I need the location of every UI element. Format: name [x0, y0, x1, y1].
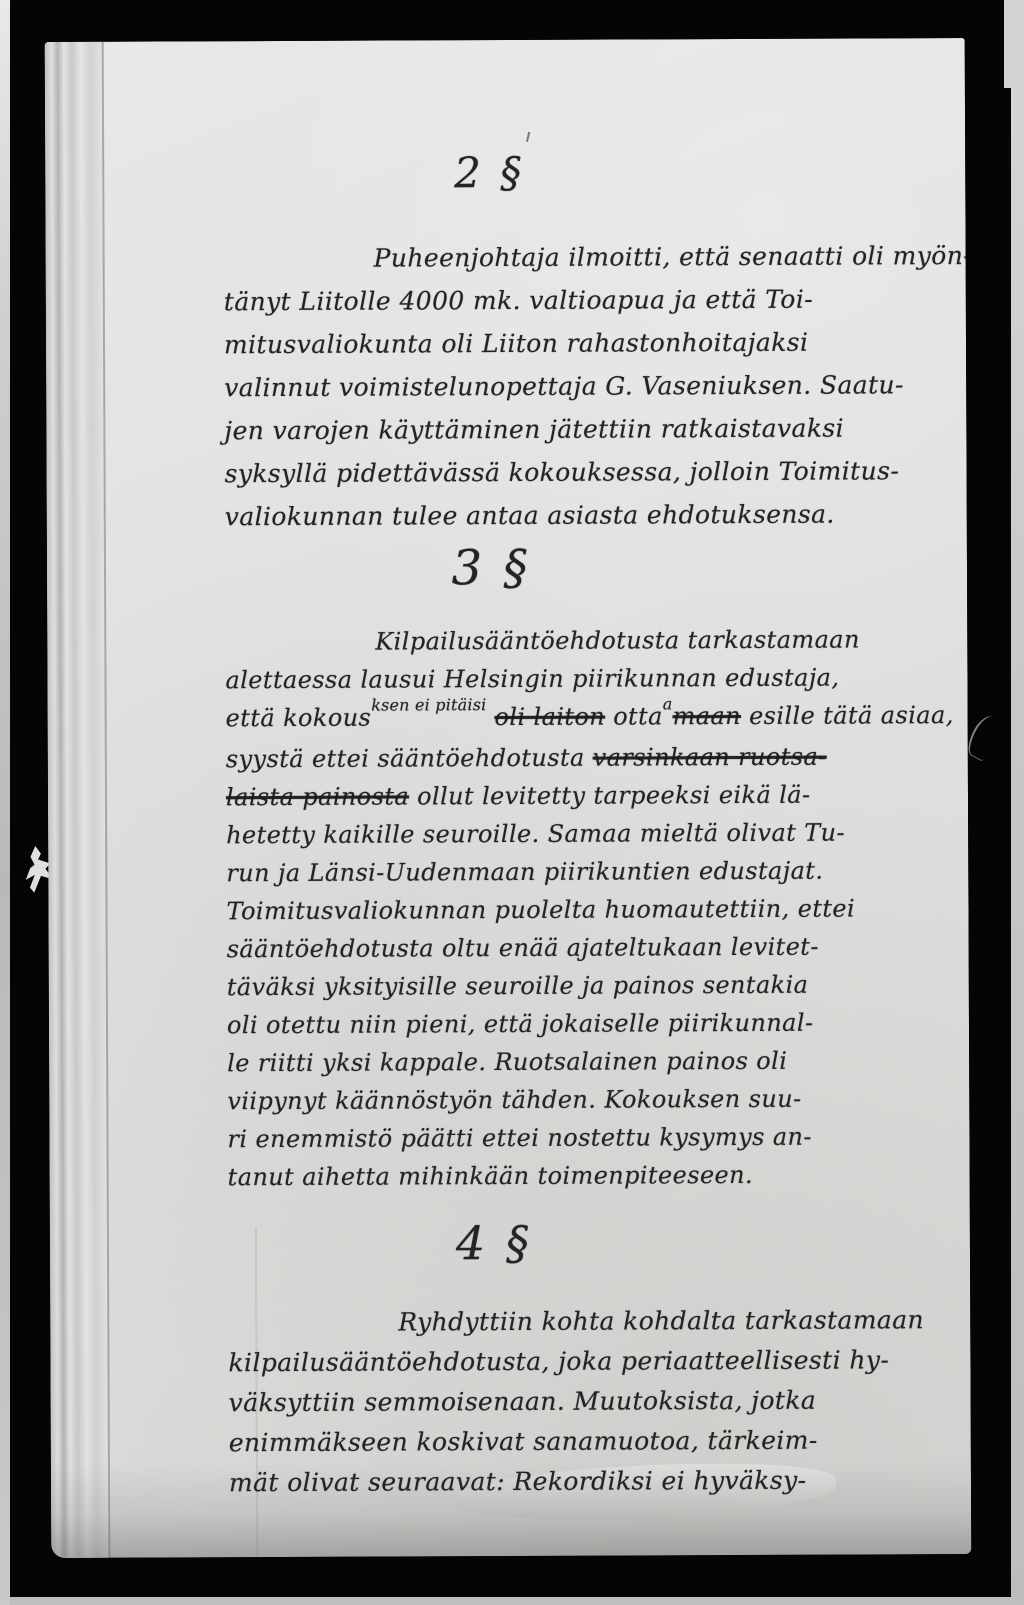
- manuscript-line: hetetty kaikille seuroille. Samaa mieltä…: [226, 813, 942, 854]
- interlinear-insertion: ksen ei pitäisi: [371, 686, 486, 725]
- manuscript-line: sääntöehdotusta oltu enää ajateltukaan l…: [227, 927, 943, 968]
- struck-text: oli laiton: [494, 703, 605, 731]
- handwritten-text: [486, 703, 494, 731]
- manuscript-line: laista painosta ollut levitetty tarpeeks…: [226, 775, 942, 816]
- handwritten-text: mät olivat seuraavat: Rekordiksi ei hyvä…: [229, 1466, 807, 1498]
- manuscript-line: le riitti yksi kappale. Ruotsalainen pai…: [227, 1041, 943, 1082]
- manuscript-line: alettaessa lausui Helsingin piirikunnan …: [225, 658, 941, 699]
- manuscript-line: valiokunnan tulee antaa asiasta ehdotuks…: [225, 492, 941, 538]
- handwritten-text: sääntöehdotusta oltu enää ajateltukaan l…: [227, 933, 819, 964]
- section-heading-4: 4 §: [45, 1214, 954, 1272]
- manuscript-line: Ryhdyttiin kohta kohdalta tarkastamaan: [228, 1300, 944, 1343]
- scan-artifact-mark: [963, 711, 1004, 761]
- manuscript-line: valinnut voimistelunopettaja G. Vaseniuk…: [224, 363, 940, 409]
- handwritten-text: tänyt Liitolle 4000 mk. valtioapua ja et…: [224, 285, 813, 317]
- handwritten-text: Toimitusvaliokunnan puolelta huomautetti…: [226, 894, 855, 925]
- manuscript-line: ri enemmistö päätti ettei nostettu kysym…: [227, 1117, 943, 1158]
- handwritten-text: tanut aihetta mihinkään toimenpiteeseen.: [228, 1161, 753, 1191]
- handwritten-text: otta: [605, 702, 663, 730]
- handwritten-text: väksyttiin semmoisenaan. Muutoksista, jo…: [229, 1386, 817, 1418]
- handwritten-text: syystä ettei sääntöehdotusta: [226, 744, 593, 774]
- scanner-strip-top-right: [1004, 0, 1024, 88]
- section-heading-2: 2 §: [45, 146, 950, 199]
- handwritten-text: Puheenjohtaja ilmoitti, että senaatti ol…: [374, 241, 972, 273]
- manuscript-line: mät olivat seuraavat: Rekordiksi ei hyvä…: [229, 1460, 945, 1503]
- manuscript-page: 2 § Puheenjohtaja ilmoitti, että senaatt…: [45, 38, 972, 1558]
- scanner-strip-bottom: [10, 1597, 1024, 1605]
- handwritten-text: oli otettu niin pieni, että jokaiselle p…: [227, 1009, 814, 1040]
- manuscript-line: jen varojen käyttäminen jätettiin ratkai…: [224, 406, 940, 452]
- section-body-2: Puheenjohtaja ilmoitti, että senaatti ol…: [224, 234, 941, 538]
- section-heading-3: 3 §: [45, 538, 951, 598]
- manuscript-line: täväksi yksityisille seuroille ja painos…: [227, 965, 943, 1006]
- handwritten-text: run ja Länsi-Uudenmaan piirikuntien edus…: [226, 857, 823, 888]
- interlinear-insertion: a: [663, 685, 673, 723]
- handwritten-text: hetetty kaikille seuroille. Samaa mieltä…: [226, 819, 845, 850]
- handwritten-text: ri enemmistö päätti ettei nostettu kysym…: [227, 1123, 812, 1154]
- handwritten-text: Ryhdyttiin kohta kohdalta tarkastamaan: [398, 1305, 924, 1336]
- handwritten-text: alettaessa lausui Helsingin piirikunnan …: [225, 664, 839, 695]
- section-body-3: Kilpailusääntöehdotusta tarkastamaanalet…: [225, 620, 943, 1196]
- manuscript-line: kilpailusääntöehdotusta, joka periaattee…: [228, 1340, 944, 1383]
- manuscript-line: Kilpailusääntöehdotusta tarkastamaan: [225, 620, 941, 661]
- section-body-4: Ryhdyttiin kohta kohdalta tarkastamaanki…: [228, 1300, 945, 1503]
- handwritten-text: jen varojen käyttäminen jätettiin ratkai…: [224, 414, 844, 446]
- handwritten-text: mitusvaliokunta oli Liiton rahastonhoita…: [224, 328, 808, 360]
- handwritten-text: Kilpailusääntöehdotusta tarkastamaan: [375, 625, 860, 655]
- manuscript-line: väksyttiin semmoisenaan. Muutoksista, jo…: [229, 1380, 945, 1423]
- manuscript-line: oli otettu niin pieni, että jokaiselle p…: [227, 1003, 943, 1044]
- struck-text: maan: [673, 702, 742, 730]
- manuscript-line: mitusvaliokunta oli Liiton rahastonhoita…: [224, 320, 940, 366]
- manuscript-line: enimmäkseen koskivat sanamuotoa, tärkeim…: [229, 1420, 945, 1463]
- handwritten-text: esille tätä asiaa,: [741, 701, 954, 730]
- struck-text: varsinkaan ruotsa-: [593, 743, 827, 772]
- manuscript-line: että kokousksen ei pitäisi oli laiton ot…: [226, 696, 942, 740]
- handwritten-text: syksyllä pidettävässä kokouksessa, jollo…: [225, 456, 900, 488]
- handwritten-text: valiokunnan tulee antaa asiasta ehdotuks…: [225, 500, 835, 532]
- manuscript-line: tanut aihetta mihinkään toimenpiteeseen.: [228, 1155, 944, 1196]
- manuscript-line: syystä ettei sääntöehdotusta varsinkaan …: [226, 737, 942, 778]
- handwritten-text: le riitti yksi kappale. Ruotsalainen pai…: [227, 1047, 787, 1077]
- manuscript-text: 2 § Puheenjohtaja ilmoitti, että senaatt…: [45, 38, 972, 1558]
- handwritten-text: kilpailusääntöehdotusta, joka periaattee…: [228, 1345, 889, 1377]
- handwritten-text: viipynyt käännöstyön tähden. Kokouksen s…: [227, 1085, 801, 1116]
- manuscript-line: Puheenjohtaja ilmoitti, että senaatti ol…: [224, 234, 940, 280]
- manuscript-line: syksyllä pidettävässä kokouksessa, jollo…: [224, 449, 940, 495]
- manuscript-line: Toimitusvaliokunnan puolelta huomautetti…: [226, 889, 942, 930]
- scanner-strip-left: [0, 0, 10, 1605]
- handwritten-text: että kokous: [226, 704, 372, 733]
- handwritten-text: ollut levitetty tarpeeksi eikä lä-: [409, 781, 811, 811]
- manuscript-line: viipynyt käännöstyön tähden. Kokouksen s…: [227, 1079, 943, 1120]
- handwritten-text: täväksi yksityisille seuroille ja painos…: [227, 971, 809, 1002]
- handwritten-text: valinnut voimistelunopettaja G. Vaseniuk…: [224, 370, 904, 402]
- handwritten-text: enimmäkseen koskivat sanamuotoa, tärkeim…: [229, 1426, 818, 1458]
- scanner-strip-right: [1011, 0, 1024, 1605]
- scanned-photo: 2 § Puheenjohtaja ilmoitti, että senaatt…: [0, 0, 1024, 1605]
- manuscript-line: run ja Länsi-Uudenmaan piirikuntien edus…: [226, 851, 942, 892]
- manuscript-line: tänyt Liitolle 4000 mk. valtioapua ja et…: [224, 277, 940, 323]
- struck-text: laista painosta: [226, 782, 409, 811]
